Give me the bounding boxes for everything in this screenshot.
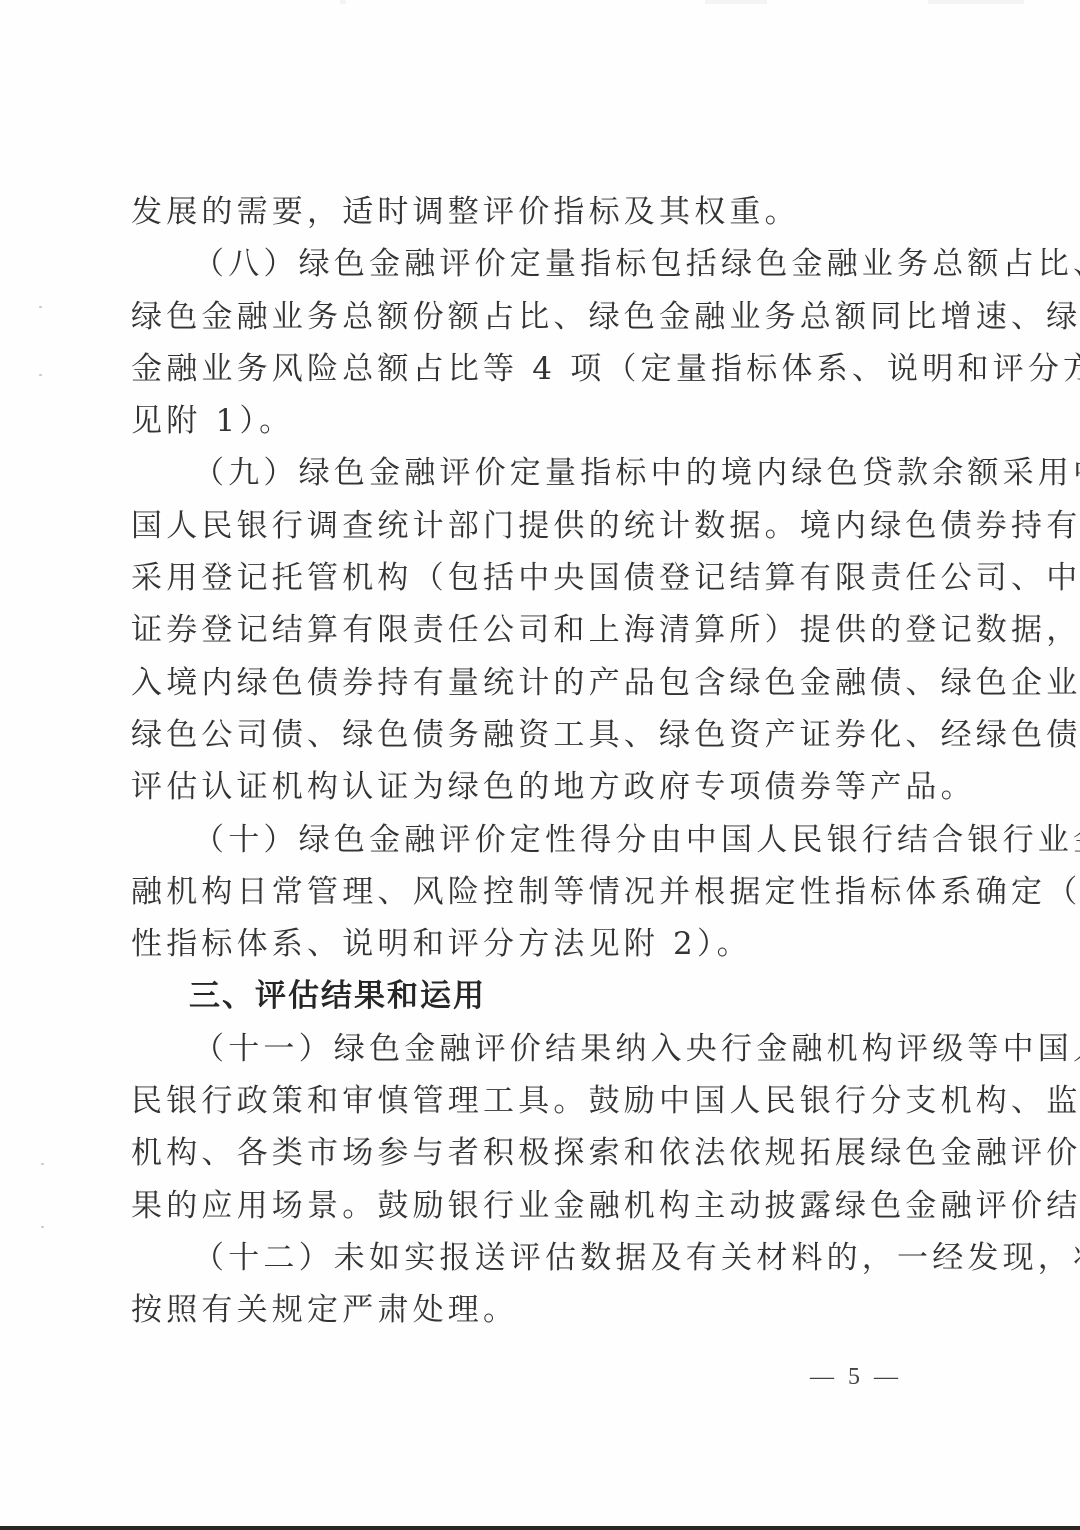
text-line: 机构、各类市场参与者积极探索和依法依规拓展绿色金融评价结: [131, 1127, 937, 1179]
section-heading: 三、评估结果和运用: [131, 970, 937, 1022]
text-line: 证券登记结算有限责任公司和上海清算所）提供的登记数据，纳: [131, 604, 937, 656]
scan-bottom-edge: [0, 1526, 1080, 1530]
text-line: 融机构日常管理、风险控制等情况并根据定性指标体系确定（定: [131, 866, 937, 918]
paragraph-11: （十一）绿色金融评价结果纳入央行金融机构评级等中国人 民银行政策和审慎管理工具。…: [131, 1023, 937, 1232]
paragraph-9: （九）绿色金融评价定量指标中的境内绿色贷款余额采用中 国人民银行调查统计部门提供…: [131, 447, 937, 813]
scan-speck: [41, 1163, 44, 1165]
text-line: 绿色金融业务总额份额占比、绿色金融业务总额同比增速、绿色: [131, 291, 937, 343]
text-line: 民银行政策和审慎管理工具。鼓励中国人民银行分支机构、监管: [131, 1075, 937, 1127]
paragraph-continuation: 发展的需要，适时调整评价指标及其权重。: [131, 186, 937, 238]
paragraph-10: （十）绿色金融评价定性得分由中国人民银行结合银行业金 融机构日常管理、风险控制等…: [131, 814, 937, 971]
scan-mark: [928, 0, 1024, 4]
scan-mark: [705, 0, 767, 4]
text-line: 国人民银行调查统计部门提供的统计数据。境内绿色债券持有量: [131, 500, 937, 552]
scan-speck: [41, 1226, 44, 1228]
page-number: — 5 —: [810, 1364, 902, 1391]
text-line: 果的应用场景。鼓励银行业金融机构主动披露绿色金融评价结果。: [131, 1180, 937, 1232]
text-line: 绿色公司债、绿色债务融资工具、绿色资产证券化、经绿色债券: [131, 709, 937, 761]
paragraph-12: （十二）未如实报送评估数据及有关材料的，一经发现，将 按照有关规定严肃处理。: [131, 1232, 937, 1337]
text-line: 性指标体系、说明和评分方法见附 2）。: [131, 918, 937, 970]
text-line: （十二）未如实报送评估数据及有关材料的，一经发现，将: [131, 1232, 937, 1284]
text-line: （十一）绿色金融评价结果纳入央行金融机构评级等中国人: [131, 1023, 937, 1075]
scan-speck: [39, 306, 42, 308]
scan-speck: [39, 374, 42, 376]
text-line: 见附 1）。: [131, 395, 937, 447]
document-body: 发展的需要，适时调整评价指标及其权重。 （八）绿色金融评价定量指标包括绿色金融业…: [131, 186, 937, 1337]
text-line: （八）绿色金融评价定量指标包括绿色金融业务总额占比、: [131, 238, 937, 290]
text-line: （十）绿色金融评价定性得分由中国人民银行结合银行业金: [131, 814, 937, 866]
text-line: 采用登记托管机构（包括中央国债登记结算有限责任公司、中央: [131, 552, 937, 604]
scan-mark: [340, 0, 346, 4]
paragraph-8: （八）绿色金融评价定量指标包括绿色金融业务总额占比、 绿色金融业务总额份额占比、…: [131, 238, 937, 447]
text-line: （九）绿色金融评价定量指标中的境内绿色贷款余额采用中: [131, 447, 937, 499]
document-page: 发展的需要，适时调整评价指标及其权重。 （八）绿色金融评价定量指标包括绿色金融业…: [0, 0, 1080, 1526]
text-line: 入境内绿色债券持有量统计的产品包含绿色金融债、绿色企业债、: [131, 657, 937, 709]
text-line: 按照有关规定严肃处理。: [131, 1284, 937, 1336]
text-line: 金融业务风险总额占比等 4 项（定量指标体系、说明和评分方法: [131, 343, 937, 395]
text-line: 发展的需要，适时调整评价指标及其权重。: [131, 186, 937, 238]
text-line: 评估认证机构认证为绿色的地方政府专项债券等产品。: [131, 761, 937, 813]
